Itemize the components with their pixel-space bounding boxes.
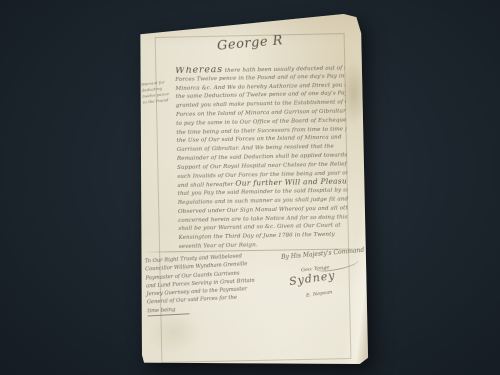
photo-backdrop: George R Warrant for deducting twelve pe… xyxy=(0,0,500,375)
document-paper: George R Warrant for deducting twelve pe… xyxy=(139,14,369,364)
paper-shadow-wrap: George R Warrant for deducting twelve pe… xyxy=(0,0,500,375)
marginal-docket: Warrant for deducting twelve pence in th… xyxy=(141,78,177,105)
closing-address: To Our Right Trusty and Wellbeloved Coun… xyxy=(145,251,282,317)
body-text: Whereasthere hath been usually deducted … xyxy=(175,63,349,267)
paper-stain xyxy=(147,310,201,354)
